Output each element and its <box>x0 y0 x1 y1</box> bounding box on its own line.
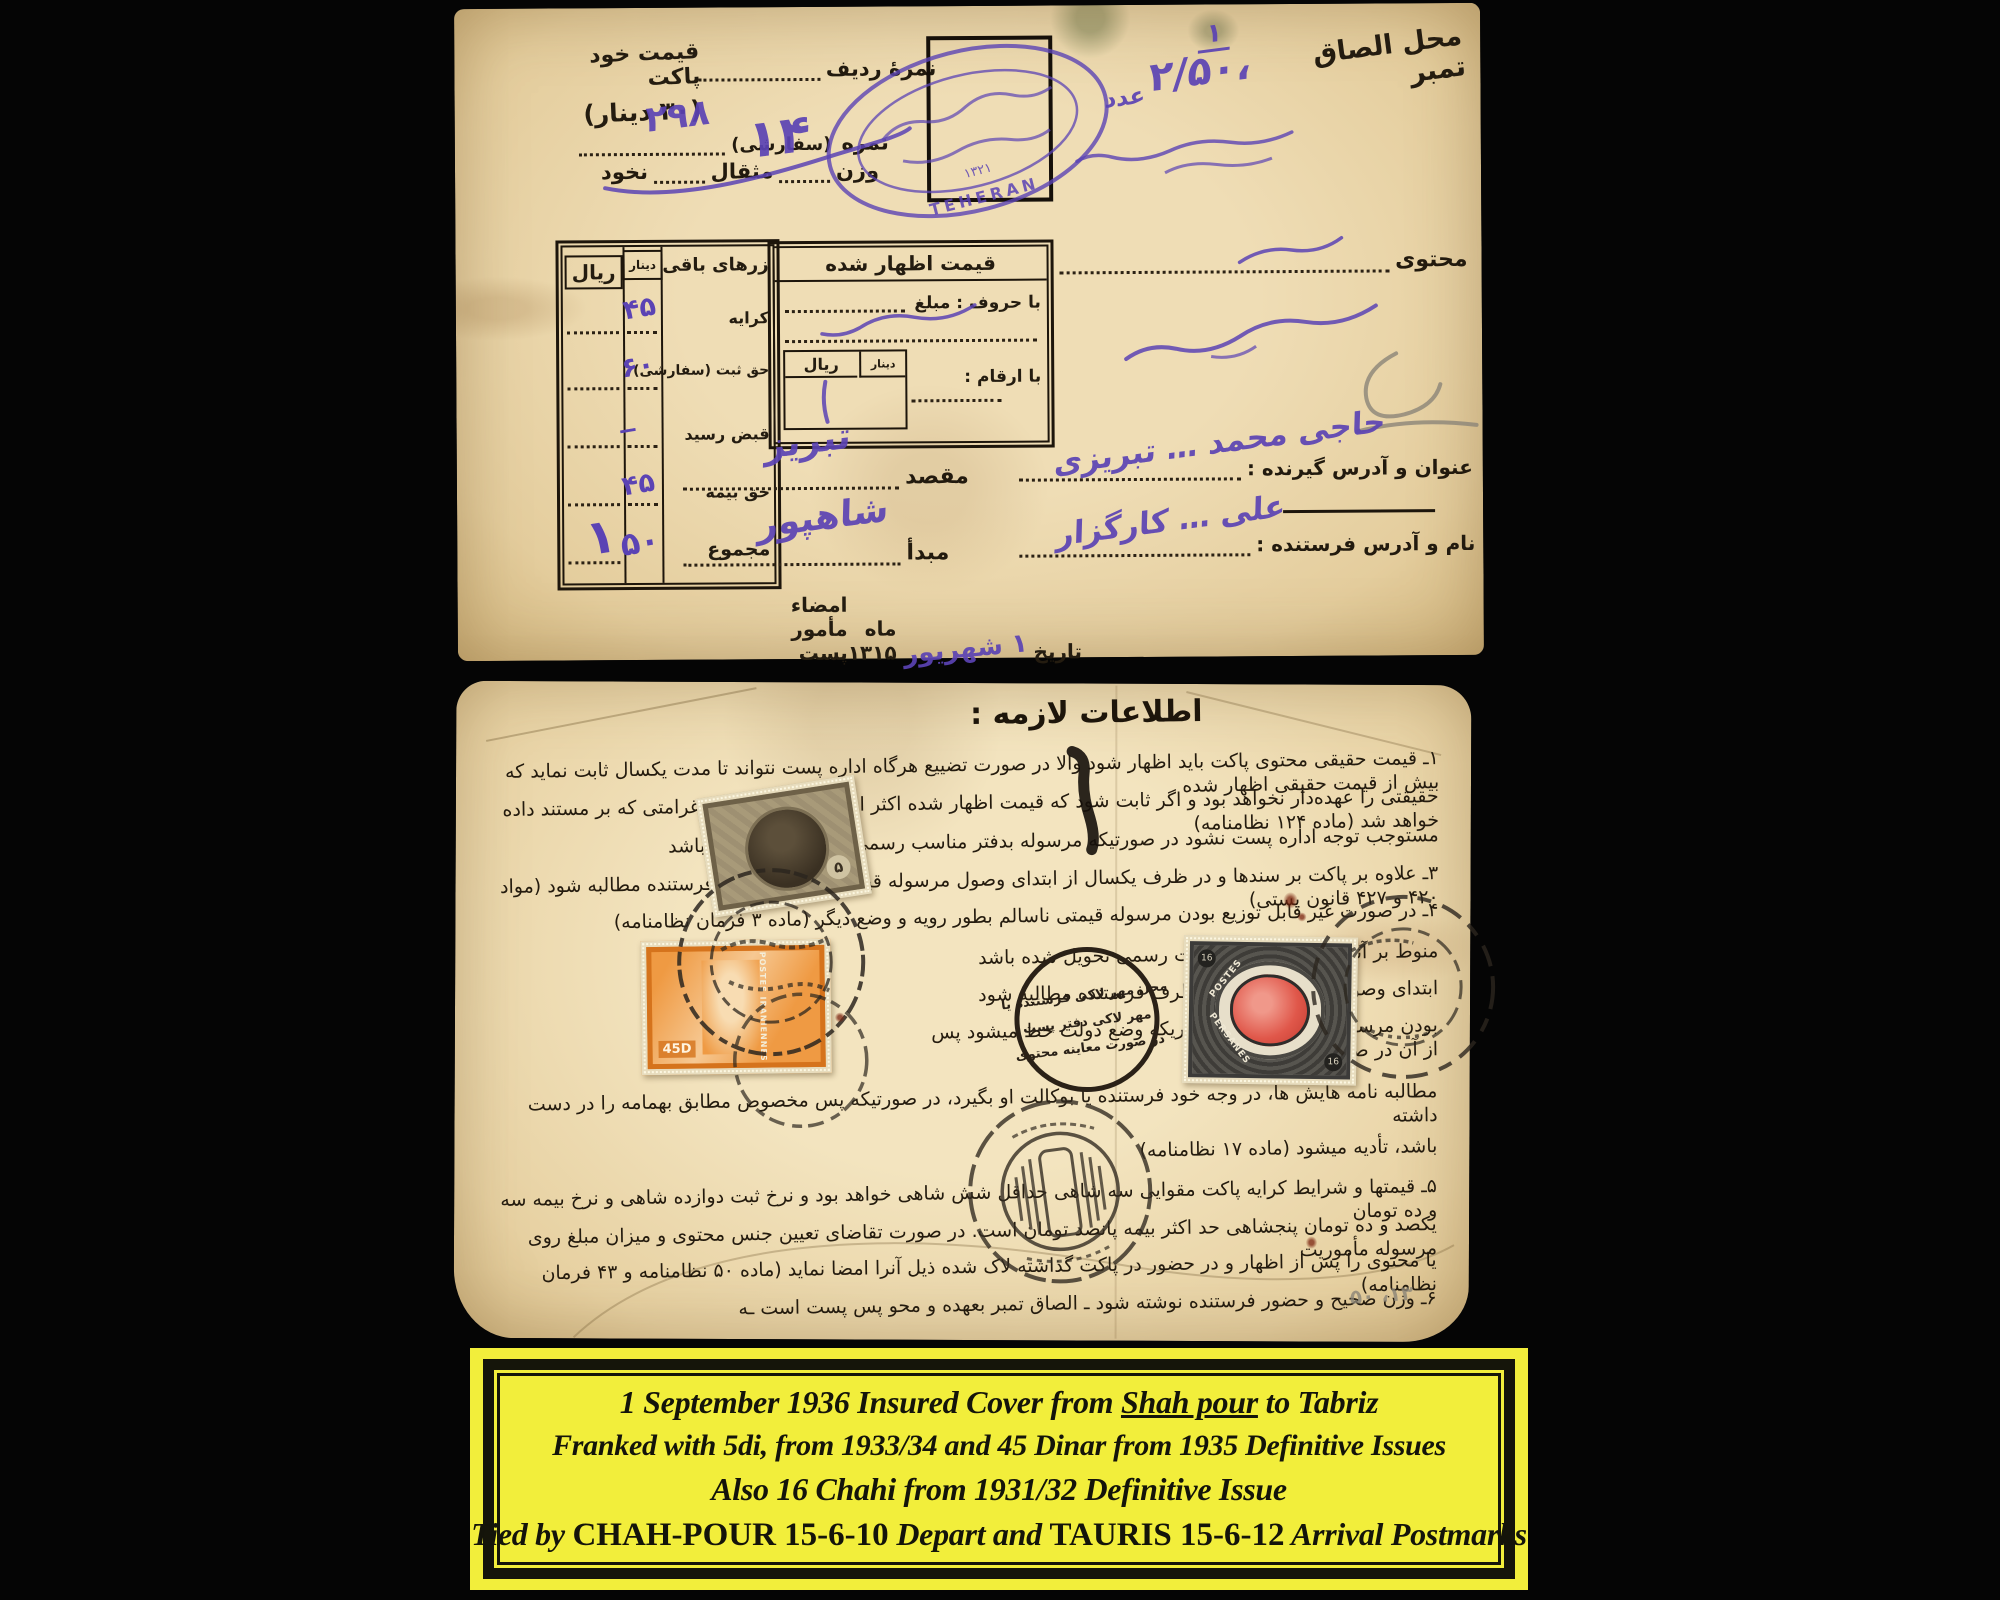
destination-row: مقصد <box>677 464 969 491</box>
caption-text: to Tabriz <box>1258 1384 1378 1420</box>
handwriting-note <box>1067 110 1307 181</box>
caption-text: 1 September 1936 Insured Cover from <box>620 1384 1121 1420</box>
wax-seal-instruction-circle: محل مهر لاکی فرستنده یا مهر لاکی دفتر پس… <box>1000 933 1173 1106</box>
contents-label: محتوی <box>1395 247 1468 272</box>
handwriting-contents <box>1221 220 1351 271</box>
caption-line-3: Also 16 Chahi from 1931/32 Definitive Is… <box>711 1471 1287 1508</box>
dotted-cell <box>627 387 657 390</box>
caption-line-1: 1 September 1936 Insured Cover from Shah… <box>620 1384 1378 1421</box>
large-transit-postmark <box>948 1079 1173 1304</box>
fee-value: ۴۵ <box>620 467 658 503</box>
cachet-year-text: ١٣٢١ <box>963 160 994 181</box>
rust-spot <box>1306 1237 1317 1249</box>
svg-text:١٣٢١: ١٣٢١ <box>963 160 994 181</box>
destination-label: مقصد <box>905 464 969 489</box>
back-title: اطلاعات لازمه : <box>926 693 1246 732</box>
caption-line-4: Tied by CHAH-POUR 15-6-10 Depart and TAU… <box>471 1516 1527 1554</box>
mini-rial-header: ریال <box>785 352 857 378</box>
fee-value: ۶۰ <box>619 349 657 385</box>
table-divider <box>660 247 664 583</box>
date-year: ماه ۱۳۱۵ <box>848 616 897 664</box>
dotted-cell <box>628 503 658 506</box>
caption-underlined-shahpour: Shah pour <box>1121 1384 1258 1420</box>
dotted-cell <box>567 331 619 334</box>
fee-row-label: قبض رسید <box>684 424 769 444</box>
fee-table: ریال دینار زرهای باقی کرایه حق ثبت (سفار… <box>555 239 781 590</box>
col-dinar-header: دینار <box>622 250 662 280</box>
cover-front: قیمت خود پاکت (۳۰ دینار) نمرهٔ ردیف نمره… <box>454 3 1484 661</box>
caption-frame-inner: 1 September 1936 Insured Cover from Shah… <box>497 1373 1501 1565</box>
fee-total-dinar: ۵۰ <box>617 520 662 564</box>
dotted-line <box>785 339 1037 344</box>
lion-sun-medallion <box>1229 974 1310 1047</box>
caption-line-2: Franked with 5di, from 1933/34 and 45 Di… <box>552 1429 1446 1463</box>
fee-table-inner: ریال دینار زرهای باقی کرایه حق ثبت (سفار… <box>560 244 776 585</box>
exhibit-page: قیمت خود پاکت (۳۰ دینار) نمرهٔ ردیف نمره… <box>0 0 2000 1600</box>
signature-label: امضاء مأمور پست <box>770 593 848 665</box>
caption-text: Arrival Postmarks <box>1285 1516 1527 1552</box>
stamp-corner-value: 16 <box>1198 949 1216 967</box>
seal-line2: مهر لاکی دفتر پست <box>1022 1007 1152 1037</box>
caption-text: Tied by <box>471 1516 572 1552</box>
dotted-cell <box>567 387 619 390</box>
solid-rule <box>1283 509 1435 513</box>
dotted-line <box>683 544 900 567</box>
caption-frame-outer: 1 September 1936 Insured Cover from Shah… <box>483 1359 1515 1579</box>
origin-row: مبدأ <box>677 540 949 567</box>
date-label: تاریخ <box>1033 639 1082 663</box>
in-figures-label: با ارقام : <box>964 367 1041 387</box>
cover-back: اطلاعات لازمه : ۱ـ قیمت حقیقی محتوی پاکت… <box>454 681 1472 1342</box>
declared-value-inner: قیمت اظهار شده با حروف : مبلغ دینار ریال… <box>772 245 1049 445</box>
stamp-area-header: محل الصاق تمبر <box>1281 20 1467 105</box>
mini-dinar-header: دینار <box>859 351 905 377</box>
ink-blot <box>1054 745 1104 855</box>
tauris-arrival-postmark <box>1311 881 1522 1102</box>
caption-text: Depart and <box>889 1516 1050 1552</box>
dotted-line <box>683 468 899 491</box>
declared-value-box: قیمت اظهار شده با حروف : مبلغ دینار ریال… <box>767 239 1054 449</box>
caption-label: 1 September 1936 Insured Cover from Shah… <box>470 1348 1528 1590</box>
chah-pour-postmark <box>651 832 902 1113</box>
dotted-cell <box>568 445 620 448</box>
dotted-cell <box>628 445 658 448</box>
dotted-cell <box>568 503 620 506</box>
rust-spot <box>835 1012 845 1022</box>
pocket-price-label: قیمت خود پاکت <box>549 39 701 95</box>
dotted-line <box>911 399 1001 403</box>
caption-chahpour-postmark: CHAH-POUR 15-6-10 <box>572 1517 888 1553</box>
rust-spot <box>1297 912 1306 921</box>
handwritten-adad: عدد <box>1104 82 1145 114</box>
caption-tauris-postmark: TAURIS 15-6-12 <box>1050 1517 1285 1553</box>
date-signature-row: تاریخ ۱ شهریور ماه ۱۳۱۵ امضاء مأمور پست <box>770 591 1082 665</box>
origin-label: مبدأ <box>906 540 949 565</box>
svg-text:مهر لاکی دفتر پست: مهر لاکی دفتر پست <box>1022 1007 1152 1037</box>
addressee-label: عنوان و آدرس گیرنده : <box>1247 455 1473 480</box>
handwritten-count: ۲/۵۰، <box>1148 42 1252 102</box>
fee-value: ۴۵ <box>621 291 659 327</box>
handwriting-amount <box>815 275 985 336</box>
fee-value: ــ <box>618 412 637 439</box>
col-rial-header: ریال <box>565 255 623 289</box>
handwritten-date: ۱ شهریور <box>901 628 1028 670</box>
fee-total-rial: ۱ <box>582 507 620 567</box>
dotted-cell <box>627 331 657 334</box>
rust-spot <box>1283 892 1297 908</box>
col-title: زرهای باقی <box>662 254 768 276</box>
pencil-note: ۵۰ ،۱۳ <box>1349 1281 1414 1309</box>
fee-row-label: کرایه <box>728 308 769 327</box>
sender-label: نام و آدرس فرستنده : <box>1256 531 1475 556</box>
